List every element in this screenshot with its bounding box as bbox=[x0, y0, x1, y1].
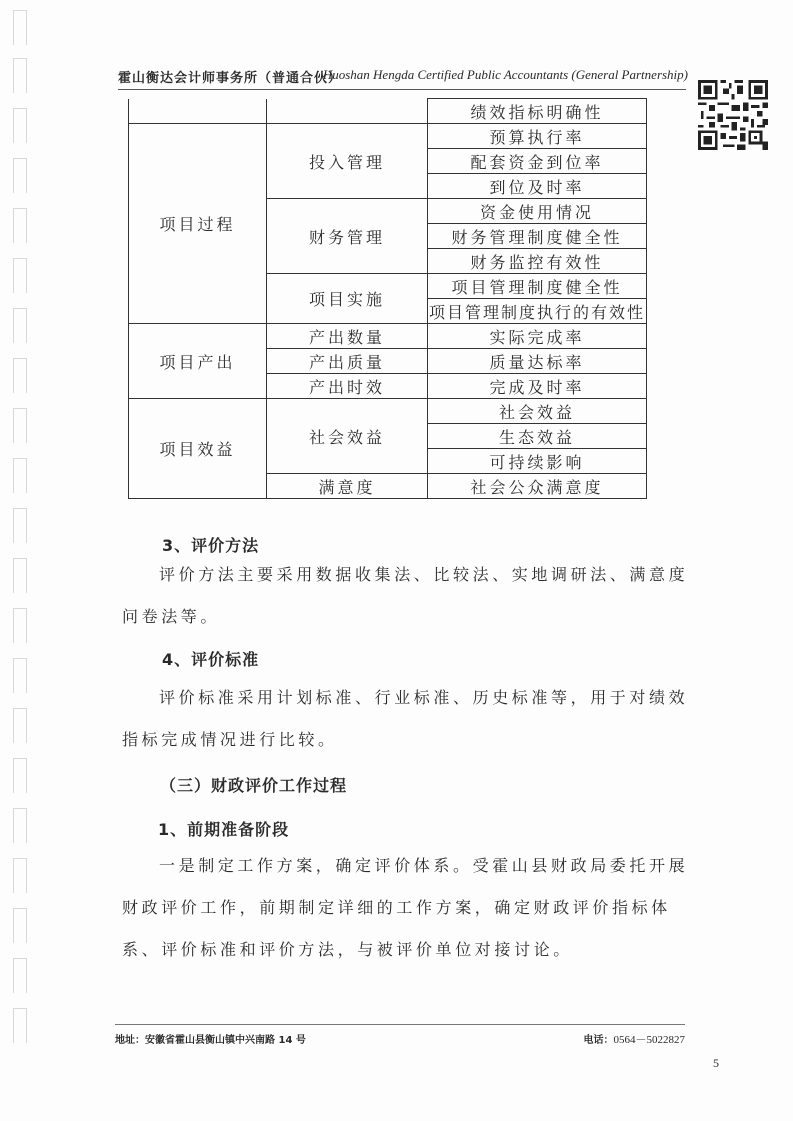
binding-hole bbox=[13, 958, 27, 993]
table-row: 项目效益 社会效益 社会效益 bbox=[129, 399, 647, 424]
section-heading-preparation: 1、前期准备阶段 bbox=[158, 817, 289, 840]
table-cell: 社会效益 bbox=[428, 399, 647, 424]
binding-hole bbox=[13, 258, 27, 293]
table-cell: 生态效益 bbox=[428, 424, 647, 449]
binding-hole bbox=[13, 558, 27, 593]
paragraph-evaluation-standard: 评价标准采用计划标准、行业标准、历史标准等，用于对绩效指标完成情况进行比较。 bbox=[122, 677, 692, 761]
table-cell: 到位及时率 bbox=[428, 174, 647, 199]
binding-hole bbox=[13, 658, 27, 693]
table-cell bbox=[267, 99, 428, 124]
binding-hole bbox=[13, 708, 27, 743]
table-cell: 财务监控有效性 bbox=[428, 249, 647, 274]
table-cell: 资金使用情况 bbox=[428, 199, 647, 224]
table-cell: 社会公众满意度 bbox=[428, 474, 647, 499]
section-heading-evaluation-method: 3、评价方法 bbox=[162, 533, 259, 556]
binding-hole bbox=[13, 908, 27, 943]
table-cell: 可持续影响 bbox=[428, 449, 647, 474]
table-cell-category: 项目过程 bbox=[129, 124, 267, 324]
table-cell-subcategory: 财务管理 bbox=[267, 199, 428, 274]
table-cell-subcategory: 产出数量 bbox=[267, 324, 428, 349]
table-cell bbox=[129, 99, 267, 124]
qr-code-icon bbox=[698, 80, 768, 150]
binding-hole bbox=[13, 858, 27, 893]
binding-hole bbox=[13, 508, 27, 543]
binding-hole bbox=[13, 758, 27, 793]
table-cell-subcategory: 产出时效 bbox=[267, 374, 428, 399]
binding-hole bbox=[13, 308, 27, 343]
table-cell: 绩效指标明确性 bbox=[428, 99, 647, 124]
binding-hole bbox=[13, 208, 27, 243]
section-heading-evaluation-standard: 4、评价标准 bbox=[162, 647, 259, 670]
table-cell-subcategory: 投入管理 bbox=[267, 124, 428, 199]
table-cell-subcategory: 满意度 bbox=[267, 474, 428, 499]
footer-phone: 电话：0564－5022827 bbox=[584, 1031, 686, 1047]
binding-hole bbox=[13, 408, 27, 443]
binding-hole bbox=[13, 108, 27, 143]
table-cell: 项目管理制度健全性 bbox=[428, 274, 647, 299]
footer-divider bbox=[115, 1024, 685, 1025]
paragraph-preparation: 一是制定工作方案，确定评价体系。受霍山县财政局委托开展财政评价工作，前期制定详细… bbox=[122, 845, 692, 971]
part-heading-process: （三）财政评价工作过程 bbox=[160, 773, 347, 796]
binding-hole bbox=[13, 808, 27, 843]
table-cell: 配套资金到位率 bbox=[428, 149, 647, 174]
binding-hole bbox=[13, 158, 27, 193]
table-cell-category: 项目产出 bbox=[129, 324, 267, 399]
phone-number: 0564－5022827 bbox=[614, 1034, 686, 1046]
table-cell-subcategory: 项目实施 bbox=[267, 274, 428, 324]
table-cell: 实际完成率 bbox=[428, 324, 647, 349]
table-row: 绩效指标明确性 bbox=[129, 99, 647, 124]
binding-hole bbox=[13, 58, 27, 93]
table-cell: 财务管理制度健全性 bbox=[428, 224, 647, 249]
table-cell-subcategory: 产出质量 bbox=[267, 349, 428, 374]
page-number: 5 bbox=[713, 1056, 719, 1071]
table-cell: 项目管理制度执行的有效性 bbox=[428, 299, 647, 324]
table-row: 项目过程 投入管理 预算执行率 bbox=[129, 124, 647, 149]
footer-address: 地址：安徽省霍山县衡山镇中兴南路 14 号 bbox=[115, 1031, 306, 1046]
phone-label: 电话： bbox=[584, 1035, 614, 1046]
table-row: 项目产出 产出数量 实际完成率 bbox=[129, 324, 647, 349]
binding-hole bbox=[13, 1008, 27, 1043]
firm-name-en: Huoshan Hengda Certified Public Accounta… bbox=[323, 67, 688, 83]
binding-hole bbox=[13, 458, 27, 493]
paragraph-evaluation-method: 评价方法主要采用数据收集法、比较法、实地调研法、满意度问卷法等。 bbox=[122, 554, 692, 638]
table-cell: 质量达标率 bbox=[428, 349, 647, 374]
table-cell-category: 项目效益 bbox=[129, 399, 267, 499]
table-cell: 预算执行率 bbox=[428, 124, 647, 149]
indicator-table: 绩效指标明确性 项目过程 投入管理 预算执行率 配套资金到位率 到位及时率 财务… bbox=[128, 98, 647, 499]
firm-name-cn: 霍山衡达会计师事务所（普通合伙） bbox=[118, 67, 342, 86]
table-cell-subcategory: 社会效益 bbox=[267, 399, 428, 474]
page-header: 霍山衡达会计师事务所（普通合伙） Huoshan Hengda Certifie… bbox=[118, 63, 688, 87]
binding-hole bbox=[13, 10, 27, 45]
binding-hole bbox=[13, 608, 27, 643]
table-cell: 完成及时率 bbox=[428, 374, 647, 399]
header-divider bbox=[118, 89, 686, 90]
binding-hole bbox=[13, 358, 27, 393]
